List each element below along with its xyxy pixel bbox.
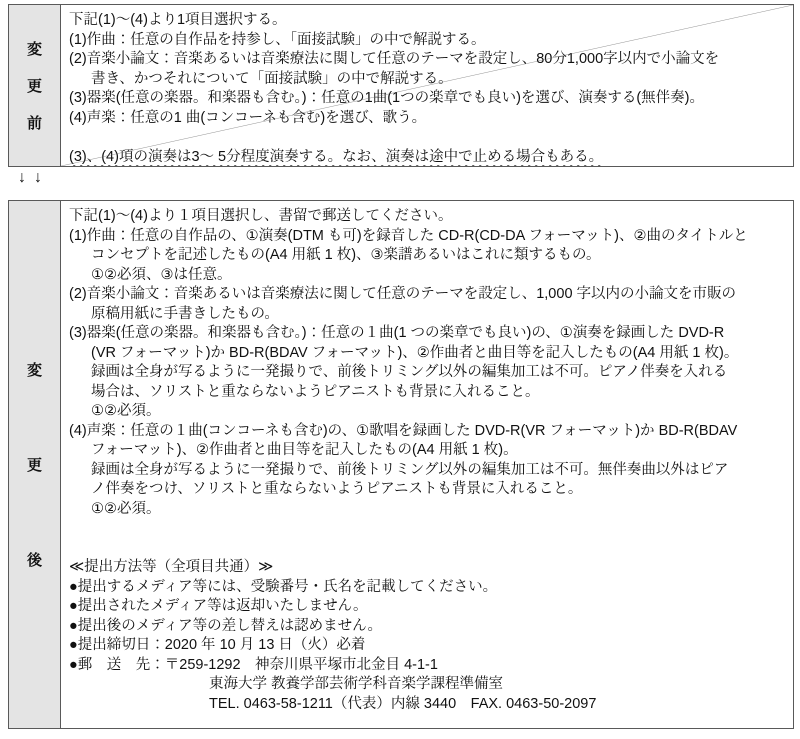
text-line: ノ伴奏をつけ、ソリストと重ならないようピアニストも背景に入れること。: [69, 480, 789, 500]
text-line: 下記(1)～(4)より１項目選択し、書留で郵送してください。: [69, 207, 789, 227]
after-change-content: 下記(1)～(4)より１項目選択し、書留で郵送してください。(1)作曲：任意の自…: [61, 201, 793, 728]
text-line: フォーマット)、②作曲者と曲目等を記入したもの(A4 用紙 1 枚)。: [69, 441, 789, 461]
text-line: (3)器楽(任意の楽器。和楽器も含む。)：任意の１曲(1 つの楽章でも良い)の、…: [69, 324, 789, 344]
text-line: [69, 519, 789, 539]
text-line: 東海大学 教養学部芸術学科音楽学課程準備室: [69, 675, 789, 695]
after-change-label: 変 更 後: [9, 201, 61, 728]
text-line: ●提出されたメディア等は返却いたしません。: [69, 597, 789, 617]
text-line: (2)音楽小論文：音楽あるいは音楽療法に関して任意のテーマを設定し、1,000 …: [69, 285, 789, 305]
text-line: ①②必須、③は任意。: [69, 266, 789, 286]
text-line: [69, 539, 789, 559]
change-arrows: ↓↓: [18, 169, 50, 187]
text-line: 原稿用紙に手書きしたもの。: [69, 305, 789, 325]
label-char: 更: [27, 454, 42, 475]
down-arrows-icon: ↓↓: [18, 169, 50, 186]
text-line: 場合は、ソリストと重ならないようピアニストも背景に入れること。: [69, 383, 789, 403]
before-change-section: 変 更 前 下記(1)～(4)より1項目選択する。(1)作曲：任意の自作品を持参…: [8, 4, 794, 167]
document-page: 変 更 前 下記(1)～(4)より1項目選択する。(1)作曲：任意の自作品を持参…: [0, 0, 800, 739]
text-line: ●提出するメディア等には、受験番号・氏名を記載してください。: [69, 578, 789, 598]
text-line: (3)器楽(任意の楽器。和楽器も含む。)：任意の1曲(1つの楽章でも良い)を選び…: [69, 89, 789, 109]
before-change-content: 下記(1)～(4)より1項目選択する。(1)作曲：任意の自作品を持参し、「面接試…: [61, 5, 793, 166]
text-line: ①②必須。: [69, 402, 789, 422]
text-line: ≪提出方法等（全項目共通）≫: [69, 558, 789, 578]
text-line: (VR フォーマット)か BD-R(BDAV フォーマット)、②作曲者と曲目等を…: [69, 344, 789, 364]
text-line: 録画は全身が写るように一発撮りで、前後トリミング以外の編集加工は不可。無伴奏曲以…: [69, 461, 789, 481]
text-line: (2)音楽小論文：音楽あるいは音楽療法に関して任意のテーマを設定し、80分1,0…: [69, 50, 789, 70]
label-char: 後: [27, 549, 42, 570]
label-char: 前: [27, 112, 42, 133]
text-line: (1)作曲：任意の自作品を持参し、「面接試験」の中で解説する。: [69, 31, 789, 51]
text-line: ●郵 送 先：〒259-1292 神奈川県平塚市北金目 4-1-1: [69, 656, 789, 676]
before-change-lines: 下記(1)～(4)より1項目選択する。(1)作曲：任意の自作品を持参し、「面接試…: [69, 11, 789, 166]
text-line: ●提出締切日：2020 年 10 月 13 日（火）必着: [69, 636, 789, 656]
label-char: 変: [27, 38, 42, 59]
text-line: 書き、かつそれについて「面接試験」の中で解説する。: [69, 70, 789, 90]
text-line: (3)、(4)項の演奏は3～ 5分程度演奏する。なお、演奏は途中で止める場合もあ…: [69, 148, 789, 167]
text-line: (1)作曲：任意の自作品の、①演奏(DTM も可)を録音した CD-R(CD-D…: [69, 227, 789, 247]
text-line: ●提出後のメディア等の差し替えは認めません。: [69, 617, 789, 637]
after-change-section: 変 更 後 下記(1)～(4)より１項目選択し、書留で郵送してください。(1)作…: [8, 200, 794, 729]
label-char: 更: [27, 75, 42, 96]
before-change-label: 変 更 前: [9, 5, 61, 166]
text-line: 下記(1)～(4)より1項目選択する。: [69, 11, 789, 31]
text-line: (4)声楽：任意の１曲(コンコーネも含む)の、①歌唱を録画した DVD-R(VR…: [69, 422, 789, 442]
text-line: コンセプトを記述したもの(A4 用紙 1 枚)、③楽譜あるいはこれに類するもの。: [69, 246, 789, 266]
text-line: (4)声楽：任意の1 曲(コンコーネも含む)を選び、歌う。: [69, 109, 789, 129]
text-line: 録画は全身が写るように一発撮りで、前後トリミング以外の編集加工は不可。ピアノ伴奏…: [69, 363, 789, 383]
text-line: [69, 128, 789, 148]
text-line: TEL. 0463-58-1211（代表）内線 3440 FAX. 0463-5…: [69, 695, 789, 715]
label-char: 変: [27, 359, 42, 380]
after-change-lines: 下記(1)～(4)より１項目選択し、書留で郵送してください。(1)作曲：任意の自…: [69, 207, 789, 714]
text-line: ①②必須。: [69, 500, 789, 520]
